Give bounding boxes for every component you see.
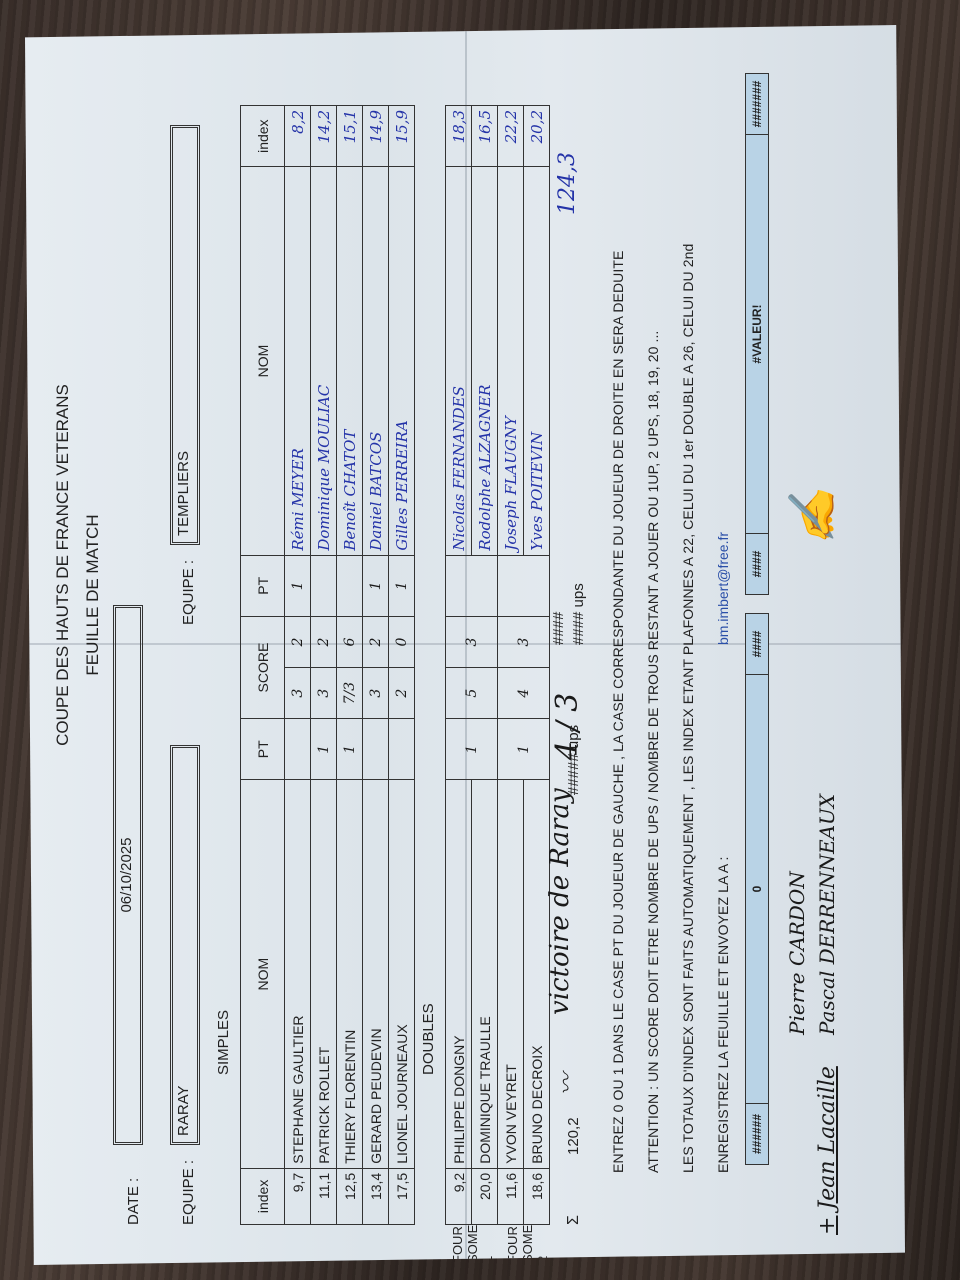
pt-left-cell	[363, 719, 389, 780]
col-pt-left: PT	[241, 719, 285, 780]
nom-right-cell: Benoît CHATOT	[337, 167, 363, 555]
score-b-cell: 2	[311, 616, 337, 667]
simples-table: index NOM PT SCORE PT NOM index 9,7STEPH…	[240, 105, 415, 1225]
sheet-title: COUPE DES HAUTS DE FRANCE VETERANS	[53, 25, 73, 1105]
score-b-cell: 2	[363, 616, 389, 667]
score-a-cell: 2	[389, 668, 415, 719]
contact-email-link[interactable]: bm.imbert@free.fr	[715, 532, 731, 645]
simples-row: 11,1PATRICK ROLLET132Dominique MOULIAC14…	[311, 106, 337, 1225]
pt-left-cell	[389, 719, 415, 780]
team-left-field: RARAY	[170, 745, 200, 1145]
foursome-2-label: FOUR SOME 2	[505, 1223, 550, 1263]
match-sheet: COUPE DES HAUTS DE FRANCE VETERANS FEUIL…	[25, 25, 905, 1265]
index-right-cell: 20,2	[524, 106, 550, 167]
date-field: 06/10/2025	[113, 605, 143, 1145]
index-left-cell: 11,6	[498, 1168, 524, 1224]
nom-left-cell: PHILIPPE DONGNY	[446, 780, 472, 1168]
handwritten-final-score: 4 / 3	[550, 693, 585, 760]
score-b-cell: 3	[498, 616, 550, 667]
pt-right-cell	[337, 555, 363, 616]
score-a-cell: 5	[446, 668, 498, 719]
col-score: SCORE	[241, 616, 285, 718]
sheet-subtitle: FEUILLE DE MATCH	[83, 25, 103, 1165]
index-right-cell: 18,3	[446, 106, 472, 167]
score-a-cell: 3	[363, 668, 389, 719]
handwritten-note: victoire de Raray	[545, 788, 575, 1015]
simples-header-row: index NOM PT SCORE PT NOM index	[241, 106, 285, 1225]
team-right-field: TEMPLIERS	[170, 125, 200, 545]
nom-right-cell: Yves POITEVIN	[524, 167, 550, 555]
nom-left-cell: DOMINIQUE TRAULLE	[472, 780, 498, 1168]
nom-left-cell: LIONEL JOURNEAUX	[389, 780, 415, 1168]
score-b-cell: 3	[446, 616, 498, 667]
instruction-4: ENREGISTREZ LA FEUILLE ET ENVOYEZ LA A :	[715, 856, 731, 1173]
summary-left-middle: 0	[746, 675, 768, 1103]
pt-right-cell	[446, 555, 498, 616]
date-label: DATE :	[125, 1178, 142, 1225]
instruction-1: ENTREZ 0 OU 1 DANS LE CASE PT DU JOUEUR …	[610, 251, 626, 1173]
nom-left-cell: YVON VEYRET	[498, 780, 524, 1168]
doubles-row: 9,2PHILIPPE DONGNY153Nicolas FERNANDES18…	[446, 106, 472, 1225]
pt-right-cell: 1	[389, 555, 415, 616]
doubles-table: 9,2PHILIPPE DONGNY153Nicolas FERNANDES18…	[445, 105, 550, 1225]
simples-row: 13,4GERARD PEUDEVIN321Daniel BATCOS14,9	[363, 106, 389, 1225]
foursome-1-label: FOUR SOME 1	[450, 1223, 495, 1263]
nom-right-cell: Rodolphe ALZAGNER	[472, 167, 498, 555]
col-nom-right: NOM	[241, 167, 285, 555]
summary-bar-left: ###### 0 ####	[745, 613, 769, 1165]
nom-right-cell: Rémi MEYER	[285, 167, 311, 555]
ups-right-value: #### ups	[570, 583, 587, 645]
doubles-row: 11,6YVON VEYRET143Joseph FLAUGNY22,2	[498, 106, 524, 1225]
score-a-cell: 4	[498, 668, 550, 719]
index-right-cell: 14,9	[363, 106, 389, 167]
index-left-cell: 17,5	[389, 1168, 415, 1224]
nom-right-cell: Nicolas FERNANDES	[446, 167, 472, 555]
index-right-cell: 8,2	[285, 106, 311, 167]
score-b-cell: 0	[389, 616, 415, 667]
score-a-cell: 7/3	[337, 668, 363, 719]
score-a-cell: 3	[285, 668, 311, 719]
ups-right-a: ####	[550, 612, 567, 645]
nom-left-cell: STEPHANE GAULTIER	[285, 780, 311, 1168]
team-left-label: EQUIPE :	[180, 1160, 197, 1225]
signature-left: + Jean Lacaille	[815, 1066, 840, 1235]
nom-left-cell: GERARD PEUDEVIN	[363, 780, 389, 1168]
instruction-2: ATTENTION : UN SCORE DOIT ETRE NOMBRE DE…	[645, 331, 661, 1173]
index-right-cell: 15,9	[389, 106, 415, 167]
doubles-heading: DOUBLES	[420, 1003, 437, 1075]
nom-right-cell: Gilles PERREIRA	[389, 167, 415, 555]
index-right-cell: 14,2	[311, 106, 337, 167]
instruction-3: LES TOTAUX D'INDEX SONT FAITS AUTOMATIQU…	[680, 244, 696, 1173]
col-pt-right: PT	[241, 555, 285, 616]
ups-right-label: ups	[570, 583, 587, 607]
index-left-cell: 9,7	[285, 1168, 311, 1224]
team-right-label: EQUIPE :	[180, 560, 197, 625]
ups-right-hash: ####	[570, 612, 587, 645]
index-sum-left: 120,2	[565, 1117, 582, 1155]
col-nom-left: NOM	[241, 780, 285, 1168]
pt-right-cell	[311, 555, 337, 616]
col-index-left: index	[241, 1168, 285, 1224]
summary-left-end: ####	[746, 614, 768, 675]
summary-left-start: ######	[746, 1103, 768, 1164]
pt-left-cell: 1	[337, 719, 363, 780]
sigma-symbol: Σ	[565, 1215, 583, 1225]
signature-scribble-right: ✍	[785, 488, 840, 545]
index-left-cell: 11,1	[311, 1168, 337, 1224]
index-left-cell: 18,6	[524, 1168, 550, 1224]
captain-signature-mark: 〰	[550, 1073, 581, 1095]
pt-left-cell	[285, 719, 311, 780]
summary-bar-right: #### #VALEUR! #######	[745, 73, 769, 595]
index-left-cell: 12,5	[337, 1168, 363, 1224]
pt-right-cell	[498, 555, 550, 616]
index-right-cell: 15,1	[337, 106, 363, 167]
nom-left-cell: THIERY FLORENTIN	[337, 780, 363, 1168]
pt-left-cell: 1	[498, 719, 550, 780]
index-right-cell: 22,2	[498, 106, 524, 167]
summary-right-start: ####	[746, 533, 768, 594]
pt-left-cell: 1	[446, 719, 498, 780]
index-left-cell: 20,0	[472, 1168, 498, 1224]
index-left-cell: 13,4	[363, 1168, 389, 1224]
photo-frame: COUPE DES HAUTS DE FRANCE VETERANS FEUIL…	[20, 10, 910, 1270]
nom-right-cell: Joseph FLAUGNY	[498, 167, 524, 555]
nom-right-cell: Daniel BATCOS	[363, 167, 389, 555]
pt-right-cell: 1	[363, 555, 389, 616]
signature-right-line-2: Pascal DERRENNEAUX	[815, 794, 839, 1035]
score-b-cell: 2	[285, 616, 311, 667]
score-a-cell: 3	[311, 668, 337, 719]
index-left-cell: 9,2	[446, 1168, 472, 1224]
pt-right-cell: 1	[285, 555, 311, 616]
nom-left-cell: PATRICK ROLLET	[311, 780, 337, 1168]
col-index-right: index	[241, 106, 285, 167]
pt-left-cell: 1	[311, 719, 337, 780]
simples-row: 17,5LIONEL JOURNEAUX201Gilles PERREIRA15…	[389, 106, 415, 1225]
simples-row: 12,5THIERY FLORENTIN17/36Benoît CHATOT15…	[337, 106, 363, 1225]
nom-right-cell: Dominique MOULIAC	[311, 167, 337, 555]
simples-heading: SIMPLES	[215, 1010, 232, 1075]
index-sum-right: 124,3	[555, 152, 580, 215]
signature-right-line-1: Pierre CARDON	[785, 871, 809, 1035]
summary-right-end: #######	[746, 74, 768, 135]
summary-right-middle: #VALEUR!	[746, 135, 768, 533]
score-b-cell: 6	[337, 616, 363, 667]
simples-row: 9,7STEPHANE GAULTIER321Rémi MEYER8,2	[285, 106, 311, 1225]
index-right-cell: 16,5	[472, 106, 498, 167]
